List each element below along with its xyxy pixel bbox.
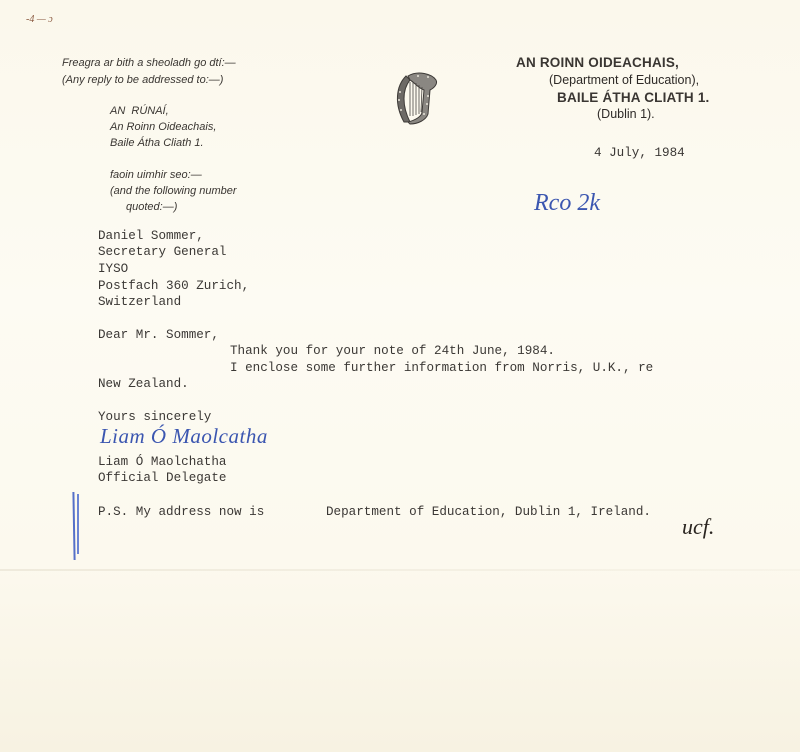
reply-line-english: (Any reply to be addressed to:—): [62, 72, 223, 88]
sender-role: Official Delegate: [98, 470, 226, 487]
margin-mark-line-2: [77, 494, 79, 554]
harp-icon: [372, 50, 432, 112]
recipient-country: Switzerland: [98, 294, 181, 311]
recipient-name: Daniel Sommer,: [98, 228, 204, 245]
paper-fold: [0, 569, 800, 571]
number-line-quoted: quoted:—): [126, 199, 177, 215]
department-city-irish: BAILE ÁTHA CLIATH 1.: [557, 89, 710, 107]
recipient-street: Postfach 360 Zurich,: [98, 278, 249, 295]
recipient-org: IYSO: [98, 261, 128, 278]
department-city-english: (Dublin 1).: [597, 106, 655, 122]
salutation: Dear Mr. Sommer,: [98, 327, 219, 344]
top-margin-mark: -4 — ɔ: [26, 14, 53, 25]
number-line-irish: faoin uimhir seo:—: [110, 167, 202, 183]
department-name-english: (Department of Education),: [549, 72, 699, 88]
handwritten-reference: Rco 2k: [534, 190, 600, 217]
reply-address-runai: AN RÚNAÍ,: [110, 103, 169, 119]
number-line-english: (and the following number: [110, 183, 237, 199]
margin-mark-line-1: [72, 492, 75, 560]
postscript-initials: ucf.: [682, 514, 714, 540]
body-line-2: I enclose some further information from …: [230, 360, 653, 377]
postscript-label: P.S. My address now is: [98, 504, 264, 521]
reply-line-irish: Freagra ar bith a sheoladh go dtí:—: [62, 55, 236, 71]
reply-address-dept: An Roinn Oideachais,: [110, 119, 216, 135]
letter-date: 4 July, 1984: [594, 145, 685, 162]
department-name-irish: AN ROINN OIDEACHAIS,: [516, 54, 679, 72]
postscript-address: Department of Education, Dublin 1, Irela…: [326, 504, 651, 521]
body-line-3: New Zealand.: [98, 376, 189, 393]
sender-name: Liam Ó Maolchatha: [98, 454, 226, 471]
body-line-1: Thank you for your note of 24th June, 19…: [230, 343, 555, 360]
recipient-title: Secretary General: [98, 244, 226, 261]
signature: Liam Ó Maolcatha: [100, 424, 268, 449]
reply-address-city: Baile Átha Cliath 1.: [110, 135, 204, 151]
